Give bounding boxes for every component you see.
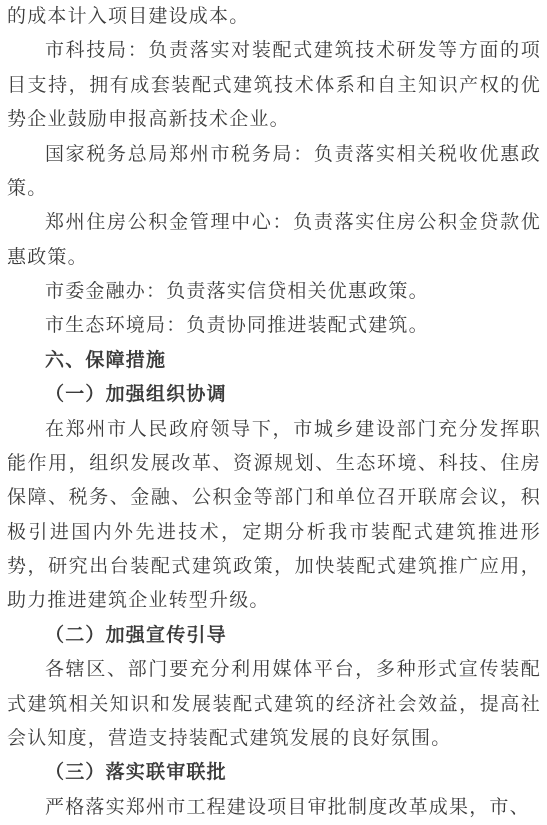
paragraph: 市生态环境局：负责协同推进装配式建筑。	[7, 309, 541, 343]
paragraph: 郑州住房公积金管理中心：负责落实住房公积金贷款优惠政策。	[7, 206, 541, 275]
paragraph: 各辖区、部门要充分利用媒体平台，多种形式宣传装配式建筑相关知识和发展装配式建筑的…	[7, 653, 541, 756]
subsection-heading: （三）落实联审联批	[7, 756, 541, 790]
paragraph: 严格落实郑州市工程建设项目审批制度改革成果，市、	[7, 791, 541, 825]
paragraph: 市委金融办：负责落实信贷相关优惠政策。	[7, 275, 541, 309]
document-page: 的成本计入项目建设成本。 市科技局：负责落实对装配式建筑技术研发等方面的项目支持…	[0, 0, 547, 825]
subsection-heading: （二）加强宣传引导	[7, 619, 541, 653]
subsection-heading: （一）加强组织协调	[7, 378, 541, 412]
paragraph: 在郑州市人民政府领导下，市城乡建设部门充分发挥职能作用，组织发展改革、资源规划、…	[7, 413, 541, 619]
paragraph-continuation: 的成本计入项目建设成本。	[7, 0, 541, 34]
paragraph: 市科技局：负责落实对装配式建筑技术研发等方面的项目支持，拥有成套装配式建筑技术体…	[7, 34, 541, 137]
paragraph: 国家税务总局郑州市税务局：负责落实相关税收优惠政策。	[7, 138, 541, 207]
section-heading: 六、保障措施	[7, 344, 541, 378]
